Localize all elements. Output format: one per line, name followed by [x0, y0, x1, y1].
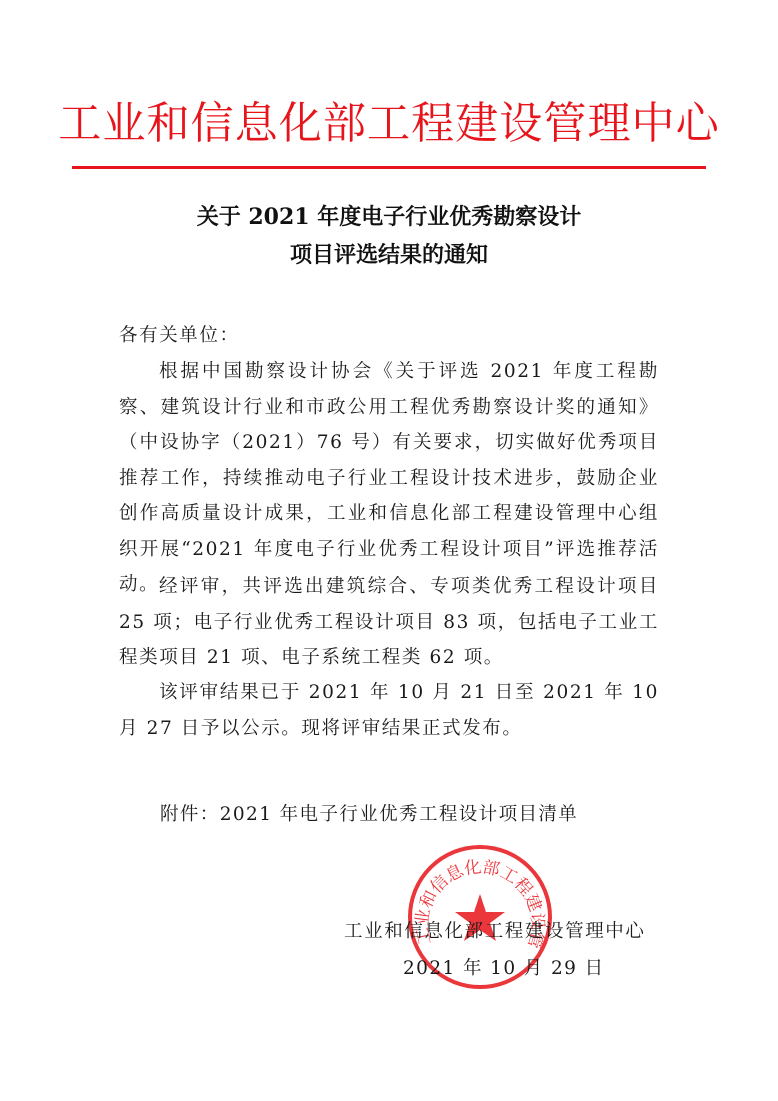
signature-org: 工业和信息化部工程建设管理中心: [344, 917, 646, 943]
signature-date: 2021 年 10 月 29 日: [403, 954, 604, 980]
document-title-line1: 关于 2021 年度电子行业优秀勘察设计: [0, 202, 778, 232]
attachment-note: 附件：2021 年电子行业优秀工程设计项目清单: [160, 800, 578, 826]
paragraph-1: 根据中国勘察设计协会《关于评选 2021 年度工程勘察、建筑设计行业和市政公用工…: [119, 354, 659, 603]
paragraph-2: 经评审，共评选出建筑综合、专项类优秀工程设计项目 25 项；电子行业优秀工程设计…: [119, 569, 659, 676]
document-title-line2: 项目评选结果的通知: [0, 240, 778, 270]
letterhead-org-name: 工业和信息化部工程建设管理中心: [8, 96, 770, 152]
paragraph-3: 该评审结果已于 2021 年 10 月 21 日至 2021 年 10 月 27…: [119, 675, 659, 746]
letterhead-divider: [72, 166, 706, 169]
salutation: 各有关单位：: [119, 318, 659, 354]
